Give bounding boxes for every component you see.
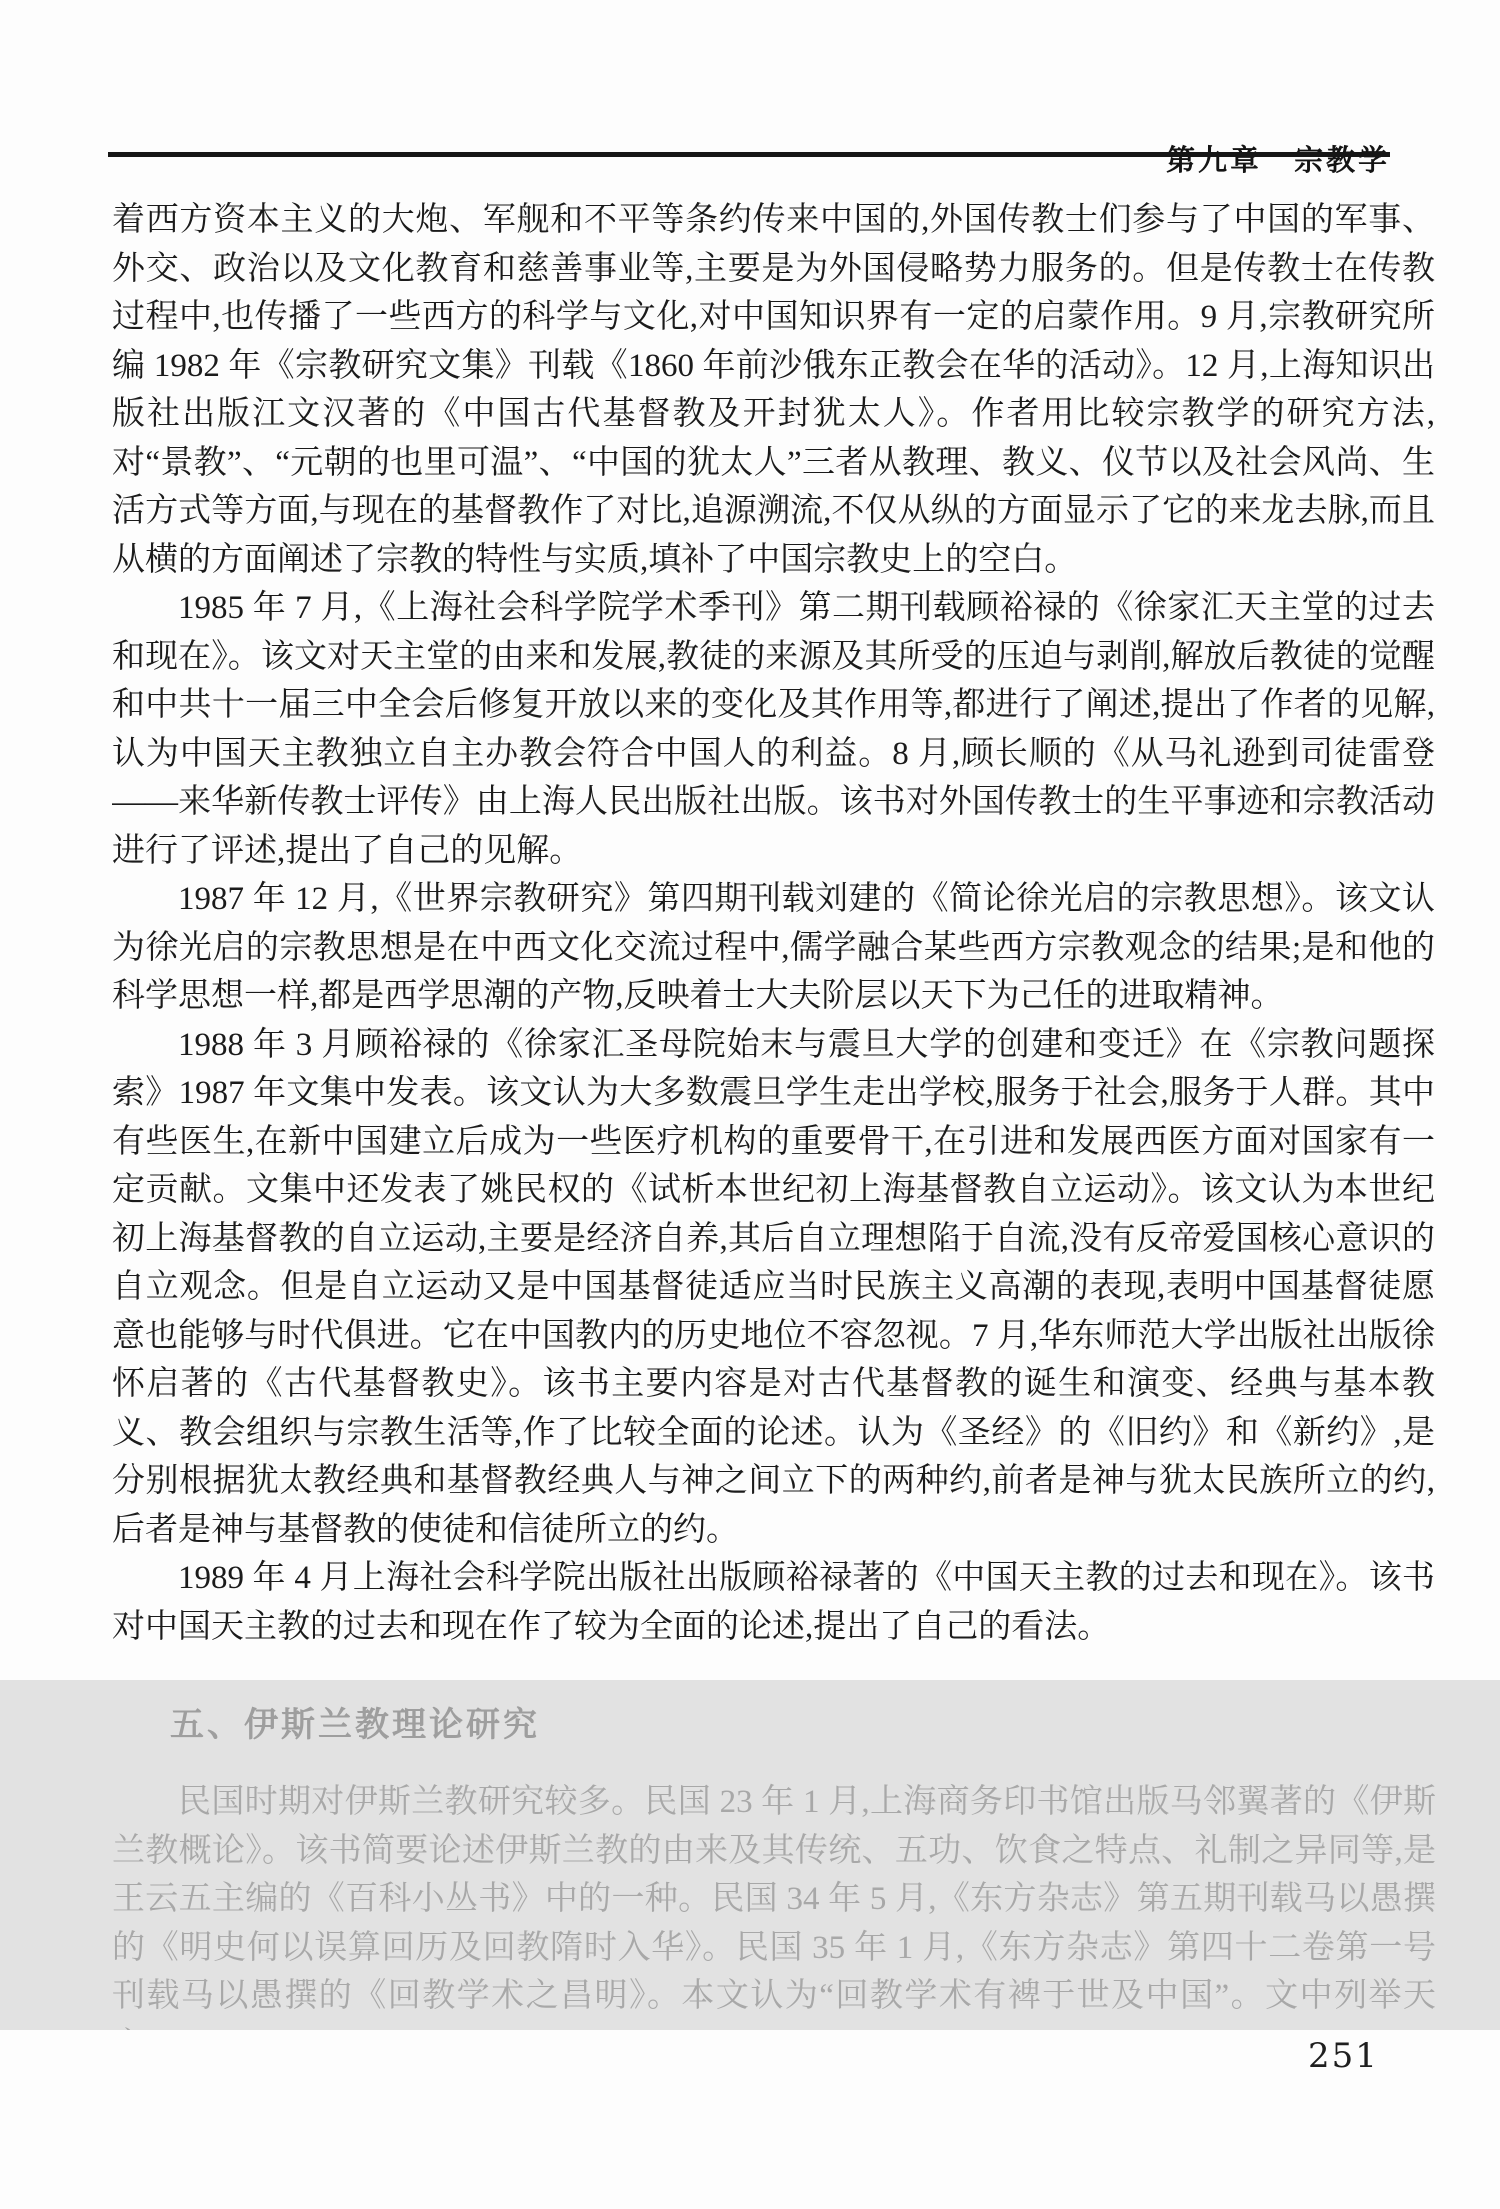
- islam-section-band: 五、伊斯兰教理论研究 民国时期对伊斯兰教研究较多。民国 23 年 1 月,上海商…: [0, 1680, 1500, 2030]
- body-paragraph: 着西方资本主义的大炮、军舰和不平等条约传来中国的,外国传教士们参与了中国的军事、…: [112, 196, 1435, 584]
- body-paragraph: 1988 年 3 月顾裕禄的《徐家汇圣母院始末与震旦大学的创建和变迁》在《宗教问…: [112, 1021, 1435, 1555]
- page-content: 着西方资本主义的大炮、军舰和不平等条约传来中国的,外国传教士们参与了中国的军事、…: [112, 196, 1435, 1674]
- body-paragraph: 1987 年 12 月,《世界宗教研究》第四期刊载刘建的《简论徐光启的宗教思想》…: [112, 875, 1435, 1021]
- body-paragraph: 1985 年 7 月,《上海社会科学院学术季刊》第二期刊载顾裕禄的《徐家汇天主堂…: [112, 584, 1435, 875]
- body-paragraph: 民国时期对伊斯兰教研究较多。民国 23 年 1 月,上海商务印书馆出版马邻翼著的…: [112, 1778, 1436, 2030]
- body-paragraph: 1989 年 4 月上海社会科学院出版社出版顾裕禄著的《中国天主教的过去和现在》…: [112, 1554, 1435, 1651]
- page-number: 251: [1308, 2036, 1379, 2076]
- book-page: 第九章 宗教学 着西方资本主义的大炮、军舰和不平等条约传来中国的,外国传教士们参…: [0, 0, 1500, 2209]
- section-heading: 五、伊斯兰教理论研究: [170, 1706, 1436, 1744]
- header-rule: [108, 152, 1390, 157]
- chapter-title: 第九章 宗教学: [1166, 143, 1390, 177]
